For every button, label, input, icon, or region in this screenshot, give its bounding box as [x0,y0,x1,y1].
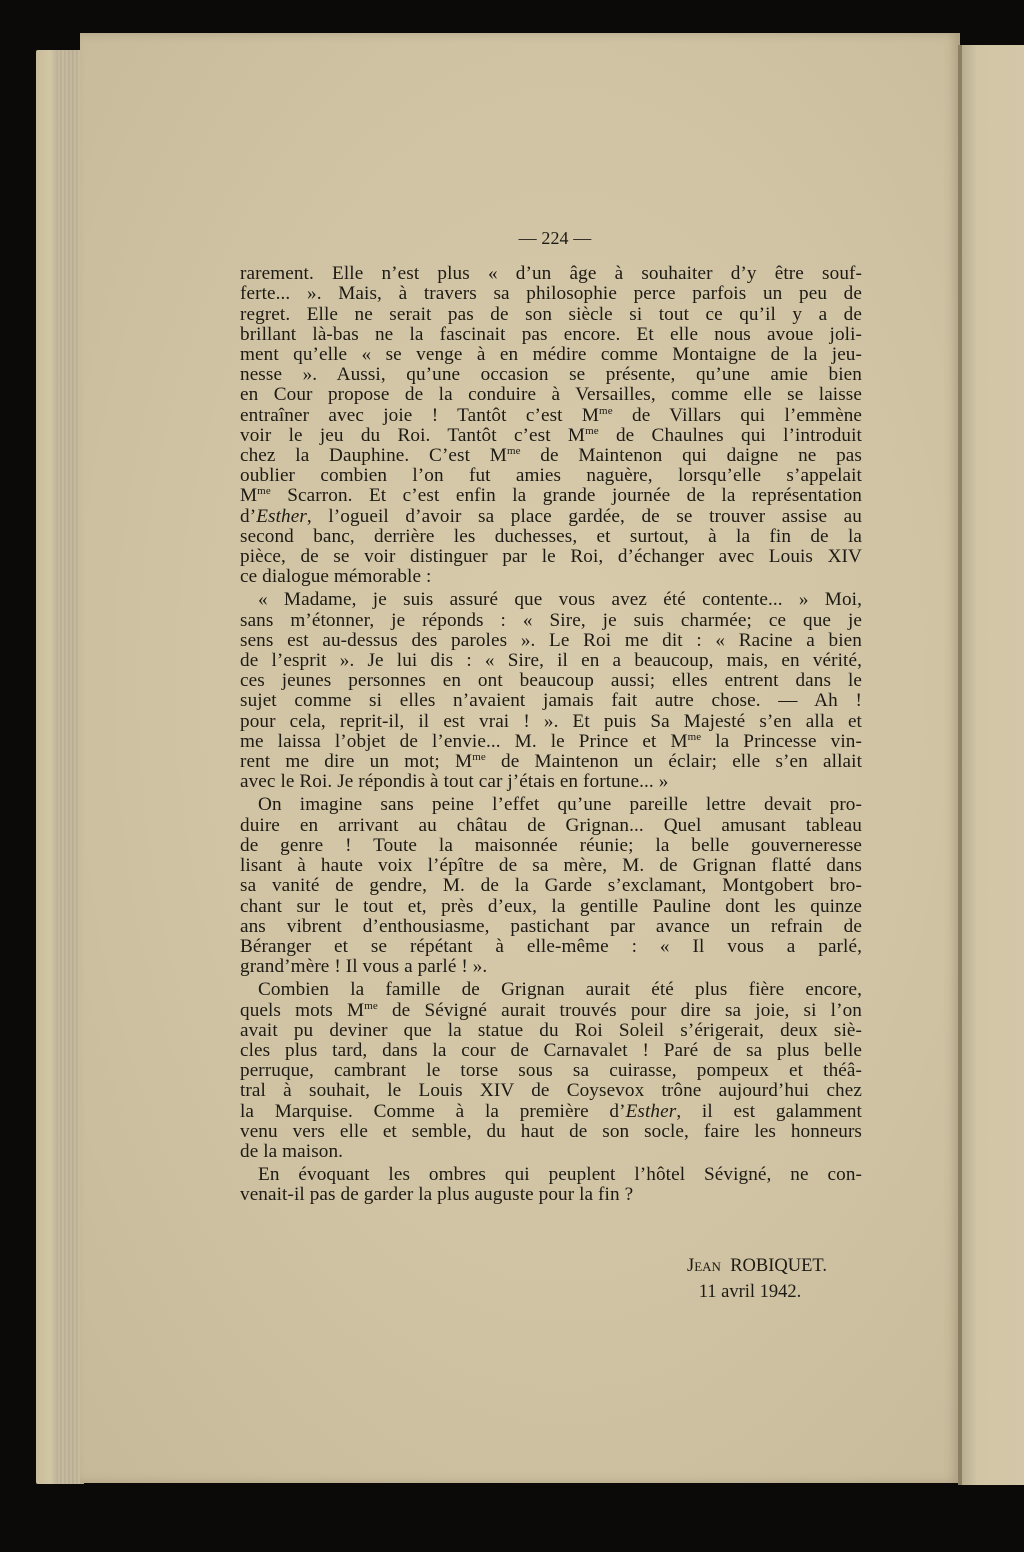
text-line: ferte... ». Mais, à travers sa philosoph… [240,284,862,304]
text-line: pour cela, reprit-il, il est vrai ! ». E… [240,712,862,732]
text-line: voir le jeu du Roi. Tantôt c’est Mme de … [240,426,862,446]
superscript: me [364,1000,378,1012]
superscript: me [585,425,599,437]
text-line: second banc, derrière les duchesses, et … [240,527,862,547]
text-line: Béranger et se répétant à elle-même : « … [240,937,862,957]
text-line: perruque, cambrant le torse sous sa cuir… [240,1061,862,1081]
text-line: ce dialogue mémorable : [240,567,862,587]
body-text: rarement. Elle n’est plus « d’un âge à s… [240,264,862,1205]
text-line: avait pu deviner que la statue du Roi So… [240,1021,862,1041]
text-line: sans m’étonner, je réponds : « Sire, je … [240,611,862,631]
superscript: me [599,405,613,417]
page-stack-fore-edge [36,50,84,1484]
text-line: d’Esther, l’ogueil d’avoir sa place gard… [240,507,862,527]
text-line: quels mots Mme de Sévigné aurait trouvés… [240,1001,862,1021]
text-line: de la maison. [240,1142,862,1162]
facing-page-edge [962,45,1024,1485]
text-line: sens est au-dessus des paroles ». Le Roi… [240,631,862,651]
superscript: me [507,445,521,457]
text-line: chant sur le tout et, près d’eux, la gen… [240,897,862,917]
superscript: me [472,751,486,763]
text-line: Combien la famille de Grignan aurait été… [240,980,862,1000]
text-line: regret. Elle ne serait pas de son siècle… [240,305,862,325]
text-line: en Cour propose de la conduire à Versail… [240,385,862,405]
text-line: avec le Roi. Je répondis à tout car j’ét… [240,772,862,792]
text-line: chez la Dauphine. C’est Mme de Maintenon… [240,446,862,466]
paragraph: On imagine sans peine l’effet qu’une par… [240,795,862,977]
superscript: me [257,485,271,497]
text-line: oublier combien l’on fut amies naguère, … [240,466,862,486]
text-line: venait-il pas de garder la plus auguste … [240,1185,862,1205]
text-line: la Marquise. Comme à la première d’Esthe… [240,1102,862,1122]
text-line: « Madame, je suis assuré que vous avez é… [240,590,862,610]
text-line: pièce, de se voir distinguer par le Roi,… [240,547,862,567]
text-line: entraîner avec joie ! Tantôt c’est Mme d… [240,406,862,426]
page-text-block: — 224 — rarement. Elle n’est plus « d’un… [240,228,862,1206]
text-line: tral à souhait, le Louis XIV de Coysevox… [240,1081,862,1101]
text-line: de l’esprit ». Je lui dis : « Sire, il e… [240,651,862,671]
text-line: nesse ». Aussi, qu’une occasion se prése… [240,365,862,385]
text-line: grand’mère ! Il vous a parlé ! ». [240,957,862,977]
paragraph: En évoquant les ombres qui peuplent l’hô… [240,1165,862,1205]
text-line: duire en arrivant au châtau de Grignan..… [240,816,862,836]
text-line: brillant là-bas ne la fascinait pas enco… [240,325,862,345]
paragraph: « Madame, je suis assuré que vous avez é… [240,590,862,792]
paragraph: rarement. Elle n’est plus « d’un âge à s… [240,264,862,587]
page-number: — 224 — [240,228,862,248]
text-line: cles plus tard, dans la cour de Carnaval… [240,1041,862,1061]
text-line: rarement. Elle n’est plus « d’un âge à s… [240,264,862,284]
italic-title: Esther [256,506,307,527]
signature-date: 11 avril 1942. [640,1279,860,1305]
text-line: sujet comme si elles n’avaient jamais fa… [240,691,862,711]
text-line: ces jeunes personnes en ont beaucoup aus… [240,671,862,691]
text-line: ans vibrent d’enthousiasme, pastichant p… [240,917,862,937]
text-line: venu vers elle et semble, du haut de son… [240,1122,862,1142]
text-line: lisant à haute voix l’épître de sa mère,… [240,856,862,876]
text-line: On imagine sans peine l’effet qu’une par… [240,795,862,815]
paragraph: Combien la famille de Grignan aurait été… [240,980,862,1162]
text-line: me laissa l’objet de l’envie... M. le Pr… [240,732,862,752]
text-line: En évoquant les ombres qui peuplent l’hô… [240,1165,862,1185]
scanned-book-spread: — 224 — rarement. Elle n’est plus « d’un… [0,0,1024,1552]
text-line: de genre ! Toute la maisonnée réunie; la… [240,836,862,856]
text-line: rent me dire un mot; Mme de Maintenon un… [240,752,862,772]
text-line: sa vanité de gendre, M. de la Garde s’ex… [240,876,862,896]
author-name: Jean ROBIQUET. [640,1253,860,1279]
text-line: Mme Scarron. Et c’est enfin la grande jo… [240,486,862,506]
text-line: ment qu’elle « se venge à en médire comm… [240,345,862,365]
italic-title: Esther [626,1101,677,1122]
signature-block: Jean ROBIQUET. 11 avril 1942. [640,1253,860,1305]
superscript: me [688,731,702,743]
